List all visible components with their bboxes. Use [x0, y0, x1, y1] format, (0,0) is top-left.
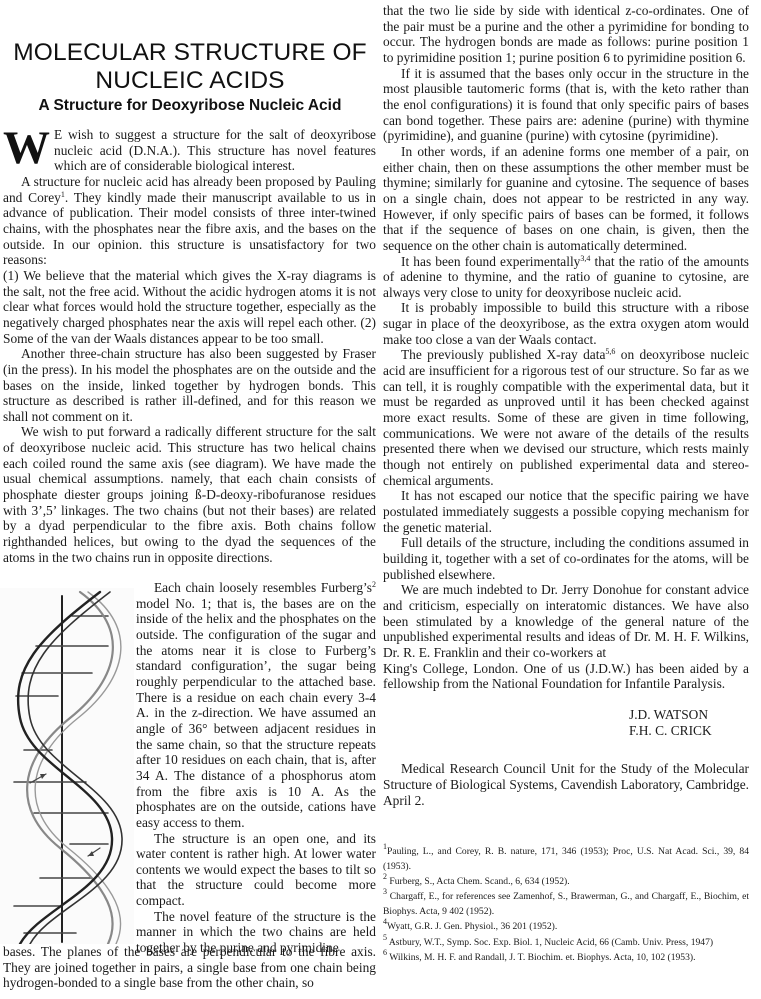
- spacer: [383, 692, 749, 707]
- text: Each chain loosely resembles Furberg’s: [154, 580, 372, 595]
- left-column-wrap: Each chain loosely resembles Furberg’s2 …: [136, 580, 376, 956]
- paragraph-base-pairs: bases. The planes of the bases are perpe…: [3, 944, 376, 991]
- affiliation: Medical Research Council Unit for the St…: [383, 761, 749, 808]
- paragraph-tautomeric: If it is assumed that the bases only occ…: [383, 66, 749, 144]
- article-title-line-2: NUCLEIC ACIDS: [0, 67, 380, 95]
- double-helix-icon: [0, 588, 134, 944]
- reference-4: 4Wyatt, G.R. J. Gen. Physiol., 36 201 (1…: [383, 919, 749, 934]
- double-helix-figure: [0, 588, 134, 944]
- ref-text: Furberg, S., Acta Chem. Scand., 6, 634 (…: [387, 876, 570, 887]
- references-list: 1Pauling, L., and Corey, R. B. nature, 1…: [383, 844, 749, 965]
- paragraph-reasons: (1) We believe that the material which g…: [3, 268, 376, 346]
- text: The previously published X-ray data: [401, 347, 605, 362]
- ref-text: Pauling, L., and Corey, R. B. nature, 17…: [383, 846, 749, 872]
- paragraph-full-details: Full details of the structure, including…: [383, 535, 749, 582]
- intro-paragraph: WE wish to suggest a structure for the s…: [3, 127, 376, 174]
- paragraph-experimental-ratio: It has been found experimentally3,4 that…: [383, 254, 749, 301]
- paragraph-acknowledgements: We are much indebted to Dr. Jerry Donohu…: [383, 582, 749, 660]
- paragraph-kings-college: King's College, London. One of us (J.D.W…: [383, 661, 749, 692]
- intro-text: E wish to suggest a structure for the sa…: [54, 127, 376, 173]
- paragraph-furberg: Each chain loosely resembles Furberg’s2 …: [136, 580, 376, 831]
- author-watson: J.D. WATSON: [383, 707, 749, 723]
- paragraph-copying-mechanism: It has not escaped our notice that the s…: [383, 488, 749, 535]
- ref-text: Astbury, W.T., Symp. Soc. Exp. Biol. 1, …: [387, 937, 713, 948]
- reference-5: 5 Astbury, W.T., Symp. Soc. Exp. Biol. 1…: [383, 935, 749, 950]
- text: It has been found experimentally: [401, 254, 580, 269]
- ref-text: Wyatt, G.R. J. Gen. Physiol., 36 201 (19…: [387, 921, 557, 932]
- footnote-ref-2[interactable]: 2: [372, 580, 376, 589]
- paragraph-xray-data: The previously published X-ray data5,6 o…: [383, 347, 749, 488]
- reference-3: 3 Chargaff, E., for references see Zamen…: [383, 889, 749, 919]
- paragraph-open-structure: The structure is an open one, and its wa…: [136, 831, 376, 909]
- ref-text: Wilkins, M. H. F. and Randall, J. T. Bio…: [387, 952, 696, 963]
- right-column: that the two lie side by side with ident…: [383, 3, 749, 808]
- text: model No. 1; that is, the bases are on t…: [136, 596, 376, 830]
- reference-2: 2 Furberg, S., Acta Chem. Scand., 6, 634…: [383, 874, 749, 889]
- author-crick: F.H. C. CRICK: [383, 723, 749, 739]
- paragraph-fraser: Another three-chain structure has also b…: [3, 346, 376, 424]
- reference-6: 6 Wilkins, M. H. F. and Randall, J. T. B…: [383, 950, 749, 965]
- ref-text: Chargaff, E., for references see Zamenho…: [383, 891, 749, 917]
- article-title-line-1: MOLECULAR STRUCTURE OF: [0, 39, 380, 67]
- paragraph-pauling-corey: A structure for nucleic acid has already…: [3, 174, 376, 268]
- paragraph-proposal: We wish to put forward a radically diffe…: [3, 424, 376, 565]
- paragraph-ribose: It is probably impossible to build this …: [383, 300, 749, 347]
- paragraph-adenine-thymine: In other words, if an adenine forms one …: [383, 144, 749, 254]
- drop-cap: W: [3, 129, 50, 167]
- left-column-bottom: bases. The planes of the bases are perpe…: [3, 944, 376, 991]
- spacer: [383, 738, 749, 761]
- footnote-ref-5-6[interactable]: 5,6: [605, 347, 615, 356]
- reference-1: 1Pauling, L., and Corey, R. B. nature, 1…: [383, 844, 749, 874]
- text: on deoxyribose nucleic acid are insuffic…: [383, 347, 749, 487]
- left-column-upper: WE wish to suggest a structure for the s…: [3, 127, 376, 565]
- article-subtitle: A Structure for Deoxyribose Nucleic Acid: [0, 97, 380, 115]
- paragraph-side-by-side: that the two lie side by side with ident…: [383, 3, 749, 66]
- footnote-ref-3-4[interactable]: 3,4: [580, 254, 590, 263]
